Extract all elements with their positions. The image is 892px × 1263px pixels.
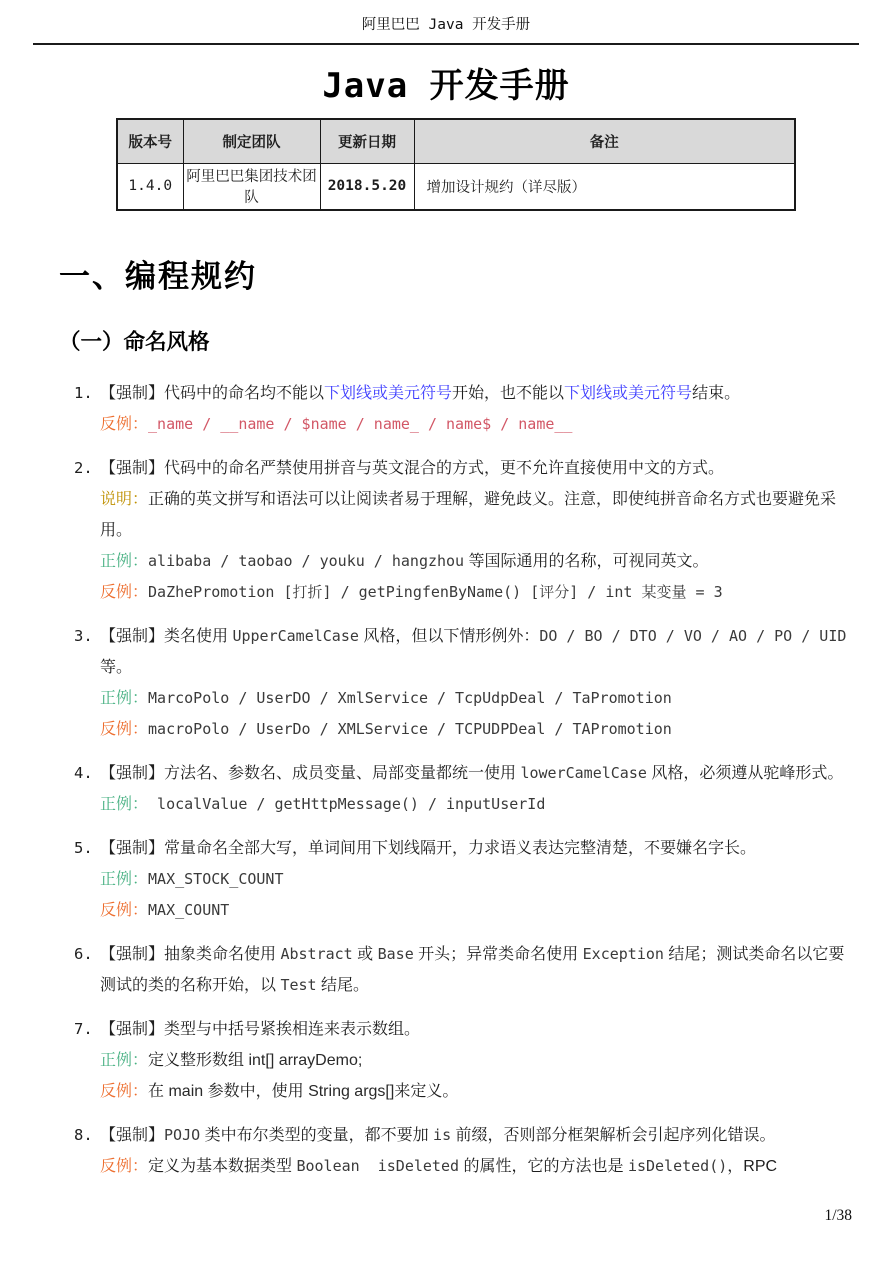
label-positive-example: 正例：: [100, 796, 148, 813]
code-snippet: Base: [378, 945, 414, 963]
rule-text: 开头；异常类命名使用: [414, 946, 583, 963]
table-row: 1.4.0阿里巴巴集团技术团队2018.5.20增加设计规约（详尽版）: [117, 163, 795, 210]
code-snippet: UpperCamelCase: [232, 627, 358, 645]
rules-list: 1.【强制】代码中的命名均不能以下划线或美元符号开始，也不能以下划线或美元符号结…: [74, 378, 860, 1182]
rule-item: 2.【强制】代码中的命名严禁使用拼音与英文混合的方式，更不允许直接使用中文的方式…: [74, 453, 860, 608]
rule-body: 【强制】方法名、参数名、成员变量、局部变量都统一使用 lowerCamelCas…: [100, 758, 860, 820]
code-snippet: DO / BO / DTO / VO / AO / PO / UID: [539, 627, 846, 645]
rule-paragraph: 【强制】方法名、参数名、成员变量、局部变量都统一使用 lowerCamelCas…: [100, 758, 860, 789]
rule-body: 【强制】抽象类命名使用 Abstract 或 Base 开头；异常类命名使用 E…: [100, 939, 860, 1001]
rule-item: 3.【强制】类名使用 UpperCamelCase 风格，但以下情形例外：DO …: [74, 621, 860, 745]
code-snippet: main: [168, 1083, 203, 1100]
header-rule: [33, 43, 859, 45]
rule-text: 在: [148, 1083, 168, 1100]
rule-text: 【强制】: [100, 1127, 164, 1144]
link-text[interactable]: 下划线或美元符号: [324, 385, 452, 402]
rule-paragraph: 反例：定义为基本数据类型 Boolean isDeleted 的属性，它的方法也…: [100, 1151, 860, 1182]
rule-number: 3.: [74, 621, 100, 745]
rule-text: 开始，也不能以: [452, 385, 564, 402]
document-page: 阿里巴巴 Java 开发手册 Java 开发手册 版本号 制定团队 更新日期 备…: [0, 0, 892, 1263]
label-counterexample: 反例：: [100, 1083, 148, 1100]
rule-paragraph: 反例：DaZhePromotion [打折] / getPingfenByNam…: [100, 577, 860, 608]
rule-text: 或: [353, 946, 378, 963]
code-snippet: Test: [280, 976, 316, 994]
label-positive-example: 正例：: [100, 871, 148, 888]
rule-paragraph: 说明：正确的英文拼写和语法可以让阅读者易于理解，避免歧义。注意，即使纯拼音命名方…: [100, 484, 860, 546]
rule-body: 【强制】类型与中括号紧挨相连来表示数组。正例：定义整形数组 int[] arra…: [100, 1014, 860, 1107]
rule-paragraph: 【强制】类型与中括号紧挨相连来表示数组。: [100, 1014, 860, 1045]
code-snippet: MAX_COUNT: [148, 901, 229, 919]
label-counterexample: 反例：: [100, 721, 148, 738]
rule-number: 1.: [74, 378, 100, 440]
rule-paragraph: 正例：alibaba / taobao / youku / hangzhou 等…: [100, 546, 860, 577]
rule-number: 2.: [74, 453, 100, 608]
label-positive-example: 正例：: [100, 690, 148, 707]
running-header: 阿里巴巴 Java 开发手册: [0, 0, 892, 34]
column-header-date: 更新日期: [320, 119, 414, 163]
column-header-version: 版本号: [117, 119, 183, 163]
rule-paragraph: 正例：MarcoPolo / UserDO / XmlService / Tcp…: [100, 683, 860, 714]
rule-body: 【强制】常量命名全部大写，单词间用下划线隔开，力求语义表达完整清楚，不要嫌名字长…: [100, 833, 860, 926]
rule-paragraph: 反例：macroPolo / UserDo / XMLService / TCP…: [100, 714, 860, 745]
table-cell: 2018.5.20: [320, 163, 414, 210]
rule-text: 【强制】常量命名全部大写，单词间用下划线隔开，力求语义表达完整清楚，不要嫌名字长…: [100, 840, 756, 857]
label-positive-example: 正例：: [100, 553, 148, 570]
section-title: 一、编程规约: [59, 251, 892, 296]
rule-text: 结尾。: [317, 977, 369, 994]
code-snippet: POJO: [164, 1126, 200, 1144]
rule-number: 8.: [74, 1120, 100, 1182]
label-note: 说明：: [100, 491, 148, 508]
code-snippet: int[] arrayDemo;: [248, 1052, 362, 1069]
table-cell: 增加设计规约（详尽版）: [414, 163, 795, 210]
rule-text: 【强制】抽象类命名使用: [100, 946, 280, 963]
rule-paragraph: 正例：MAX_STOCK_COUNT: [100, 864, 860, 895]
rule-number: 6.: [74, 939, 100, 1001]
rule-text: 【强制】类名使用: [100, 628, 232, 645]
rule-number: 5.: [74, 833, 100, 926]
rule-paragraph: 【强制】常量命名全部大写，单词间用下划线隔开，力求语义表达完整清楚，不要嫌名字长…: [100, 833, 860, 864]
code-snippet: isDeleted(): [628, 1157, 727, 1175]
document-title: Java 开发手册: [0, 58, 892, 107]
label-counterexample: 反例：: [100, 584, 148, 601]
code-snippet: Abstract: [280, 945, 352, 963]
rule-paragraph: 正例：定义整形数组 int[] arrayDemo;: [100, 1045, 860, 1076]
label-positive-example: 正例：: [100, 1052, 148, 1069]
rule-text: 正确的英文拼写和语法可以让阅读者易于理解，避免歧义。注意，即使纯拼音命名方式也要…: [100, 491, 836, 539]
code-snippet: macroPolo / UserDo / XMLService / TCPUDP…: [148, 720, 672, 738]
rule-item: 5.【强制】常量命名全部大写，单词间用下划线隔开，力求语义表达完整清楚，不要嫌名…: [74, 833, 860, 926]
counterexample-code: _name / __name / $name / name_ / name$ /…: [148, 415, 572, 433]
code-snippet: String args[]: [308, 1083, 394, 1100]
code-snippet: MAX_STOCK_COUNT: [148, 870, 283, 888]
rule-number: 4.: [74, 758, 100, 820]
rule-body: 【强制】代码中的命名严禁使用拼音与英文混合的方式，更不允许直接使用中文的方式。说…: [100, 453, 860, 608]
link-text[interactable]: 下划线或美元符号: [564, 385, 692, 402]
rule-paragraph: 【强制】POJO 类中布尔类型的变量，都不要加 is 前缀，否则部分框架解析会引…: [100, 1120, 860, 1151]
rule-paragraph: 【强制】代码中的命名均不能以下划线或美元符号开始，也不能以下划线或美元符号结束。: [100, 378, 860, 409]
rule-text: 【强制】方法名、参数名、成员变量、局部变量都统一使用: [100, 765, 520, 782]
rule-item: 6.【强制】抽象类命名使用 Abstract 或 Base 开头；异常类命名使用…: [74, 939, 860, 1001]
rule-paragraph: 反例：_name / __name / $name / name_ / name…: [100, 409, 860, 440]
rule-text: 【强制】代码中的命名均不能以: [100, 385, 324, 402]
label-counterexample: 反例：: [100, 1158, 148, 1175]
code-snippet: DaZhePromotion [打折] / getPingfenByName()…: [148, 583, 723, 601]
table-cell: 阿里巴巴集团技术团队: [183, 163, 320, 210]
rule-body: 【强制】类名使用 UpperCamelCase 风格，但以下情形例外：DO / …: [100, 621, 860, 745]
rule-text: 定义整形数组: [148, 1052, 248, 1069]
rule-text: 类中布尔类型的变量，都不要加: [200, 1127, 433, 1144]
rule-item: 4.【强制】方法名、参数名、成员变量、局部变量都统一使用 lowerCamelC…: [74, 758, 860, 820]
rule-text: 风格，但以下情形例外：: [359, 628, 539, 645]
rule-paragraph: 反例：在 main 参数中，使用 String args[]来定义。: [100, 1076, 860, 1107]
rule-text: 来定义。: [394, 1083, 458, 1100]
rule-text: 定义为基本数据类型: [148, 1158, 296, 1175]
subsection-title: （一）命名风格: [59, 325, 892, 356]
rule-text: ，RPC: [727, 1158, 777, 1175]
rule-paragraph: 反例：MAX_COUNT: [100, 895, 860, 926]
rule-text: 参数中，使用: [203, 1083, 308, 1100]
rule-paragraph: 【强制】代码中的命名严禁使用拼音与英文混合的方式，更不允许直接使用中文的方式。: [100, 453, 860, 484]
code-snippet: is: [433, 1126, 451, 1144]
rule-item: 1.【强制】代码中的命名均不能以下划线或美元符号开始，也不能以下划线或美元符号结…: [74, 378, 860, 440]
label-counterexample: 反例：: [100, 902, 148, 919]
rule-text: 风格，必须遵从驼峰形式。: [647, 765, 843, 782]
code-snippet: Boolean isDeleted: [296, 1157, 459, 1175]
rule-text: 【强制】类型与中括号紧挨相连来表示数组。: [100, 1021, 420, 1038]
rule-item: 7.【强制】类型与中括号紧挨相连来表示数组。正例：定义整形数组 int[] ar…: [74, 1014, 860, 1107]
rule-text: 等国际通用的名称，可视同英文。: [464, 553, 708, 570]
version-table: 版本号 制定团队 更新日期 备注 1.4.0阿里巴巴集团技术团队2018.5.2…: [116, 118, 796, 211]
rule-number: 7.: [74, 1014, 100, 1107]
table-header-row: 版本号 制定团队 更新日期 备注: [117, 119, 795, 163]
code-snippet: lowerCamelCase: [520, 764, 646, 782]
code-snippet: MarcoPolo / UserDO / XmlService / TcpUdp…: [148, 689, 672, 707]
table-cell: 1.4.0: [117, 163, 183, 210]
code-snippet: localValue / getHttpMessage() / inputUse…: [148, 795, 545, 813]
rule-text: 结束。: [692, 385, 740, 402]
rule-text: 前缀，否则部分框架解析会引起序列化错误。: [451, 1127, 775, 1144]
label-counterexample: 反例：: [100, 416, 148, 433]
column-header-remark: 备注: [414, 119, 795, 163]
rule-text: 的属性，它的方法也是: [459, 1158, 628, 1175]
code-snippet: alibaba / taobao / youku / hangzhou: [148, 552, 464, 570]
code-snippet: Exception: [583, 945, 664, 963]
rule-body: 【强制】代码中的命名均不能以下划线或美元符号开始，也不能以下划线或美元符号结束。…: [100, 378, 860, 440]
rule-paragraph: 【强制】类名使用 UpperCamelCase 风格，但以下情形例外：DO / …: [100, 621, 860, 683]
rule-item: 8.【强制】POJO 类中布尔类型的变量，都不要加 is 前缀，否则部分框架解析…: [74, 1120, 860, 1182]
rule-body: 【强制】POJO 类中布尔类型的变量，都不要加 is 前缀，否则部分框架解析会引…: [100, 1120, 860, 1182]
rule-text: 【强制】代码中的命名严禁使用拼音与英文混合的方式，更不允许直接使用中文的方式。: [100, 460, 724, 477]
page-number: 1/38: [824, 1207, 852, 1225]
column-header-team: 制定团队: [183, 119, 320, 163]
rule-paragraph: 【强制】抽象类命名使用 Abstract 或 Base 开头；异常类命名使用 E…: [100, 939, 860, 1001]
rule-paragraph: 正例： localValue / getHttpMessage() / inpu…: [100, 789, 860, 820]
